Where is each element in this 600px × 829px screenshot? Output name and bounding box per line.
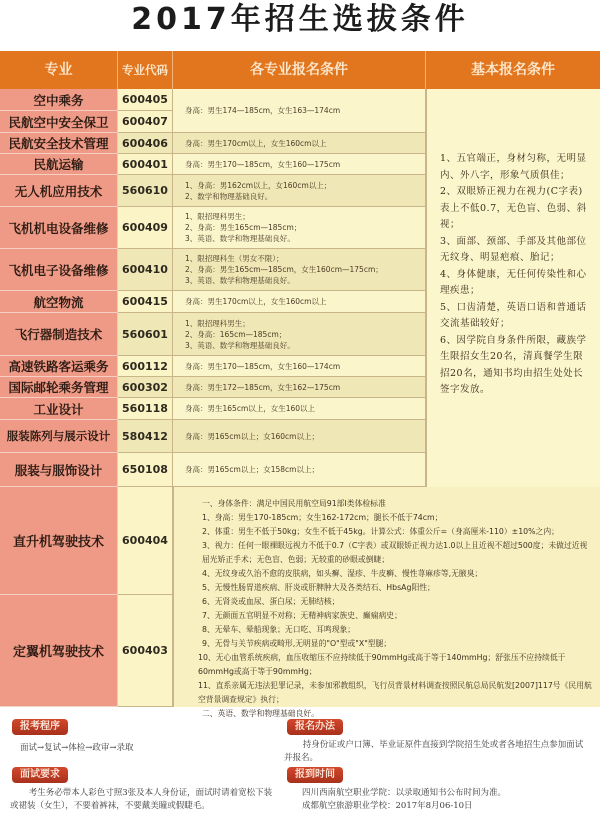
condition-text: 身高：男生165cm以上，女生160以上 [185, 403, 315, 414]
condition-text: 身高：男生174—185cm，女生163—174cm [185, 105, 340, 116]
major-cell: 航空物流 [0, 291, 118, 313]
pilot-condition-item: 11、直系亲属无违法犯罪记录，未参加邪教组织，飞行员背景材料调查按照民航总局民航… [182, 679, 592, 707]
code-cell: 600112 [118, 356, 173, 377]
major-cell: 直升机驾驶技术 [0, 487, 118, 595]
condition-text: 身高：男生170—185cm，女生160—175cm [185, 159, 340, 170]
page-title: 2017年招生选拔条件 [0, 0, 600, 40]
code-cell: 600403 [118, 595, 173, 707]
major-cell: 工业设计 [0, 398, 118, 420]
major-cell: 民航空中安全保卫 [0, 111, 118, 133]
basic-condition-item: 2、双眼矫正视力在视力(C字表)表上不低0.7，无色盲、色弱、斜视； [440, 184, 590, 234]
major-cell: 飞机机电设备维修 [0, 207, 118, 249]
major-cell: 服装与服饰设计 [0, 453, 118, 487]
condition-text: 2、数学和物理基础良好。 [185, 191, 272, 202]
condition-cell: 身高：男165cm以上；女160cm以上； [173, 420, 426, 453]
condition-cell: 身高：男165cm以上；女158cm以上； [173, 453, 426, 487]
code-cell: 600404 [118, 487, 173, 595]
method-text: 持身份证或户口簿、毕业证原件直接到学院招生处或者各地招生点参加面试并报名。 [284, 739, 590, 765]
condition-cell: 1、身高：男162cm以上，女160cm以上； 2、数学和物理基础良好。 [173, 175, 426, 207]
condition-text: 身高：男生170cm以上，女生160cm以上 [185, 138, 327, 149]
condition-text: 1、限招理科生（男女不限）； [185, 253, 284, 264]
header-major: 专业 [0, 51, 118, 89]
code-cell: 600302 [118, 377, 173, 398]
report-text: 四川西南航空职业学院：以录取通知书公布时间为准。 成都航空旅游职业学校：2017… [302, 787, 506, 813]
condition-cell: 1、限招理科生（男女不限）； 2、身高：男生165cm—185cm，女生160c… [173, 249, 426, 291]
condition-cell: 身高：男生165cm以上，女生160以上 [173, 398, 426, 420]
header-code: 专业代码 [118, 51, 173, 89]
section-tag-method: 报名办法 [287, 719, 343, 735]
condition-text: 1、身高：男162cm以上，女160cm以上； [185, 180, 331, 191]
condition-cell: 身高：男生174—185cm，女生163—174cm [173, 89, 426, 133]
basic-condition-item: 1、五官端正，身材匀称，无明显内、外八字，形象气质俱佳； [440, 151, 590, 184]
basic-condition-item: 4、身体健康，无任何传染性和心理疾患； [440, 267, 590, 300]
condition-cell: 身高：男生170—185cm，女生160—175cm [173, 154, 426, 175]
code-cell: 560601 [118, 313, 173, 356]
section-tag-procedure: 报考程序 [12, 719, 68, 735]
condition-cell: 身高：男生170—185cm，女生160—174cm [173, 356, 426, 377]
pilot-condition-item: 9、无骨与关节疾病或畸形,无明显的"O"型或"X"型腿； [182, 637, 592, 651]
pilot-condition-item: 2、体重：男生不低于50kg；女生不低于45kg。计算公式：体重公斤=（身高厘米… [182, 525, 592, 539]
section-tag-interview: 面试要求 [12, 767, 68, 783]
report-line: 成都航空旅游职业学校：2017年8月06-10日 [302, 800, 506, 813]
condition-cell: 身高：男生170cm以上，女生160cm以上 [173, 291, 426, 313]
header-basic-conditions: 基本报名条件 [426, 51, 600, 89]
condition-cell: 1、限招理科男生； 2、身高：男生165cm—185cm； 3、英语、数学和物理… [173, 207, 426, 249]
code-cell: 560610 [118, 175, 173, 207]
condition-text: 3、英语、数学和物理基础良好。 [185, 275, 295, 286]
pilot-condition-item: 4、无纹身或久治不愈的皮肤病，如头癣、湿疹、牛皮癣、慢性荨麻疹等,无腋臭； [182, 567, 592, 581]
condition-text: 身高：男165cm以上；女160cm以上； [185, 431, 319, 442]
condition-cell: 身高：男生170cm以上，女生160cm以上 [173, 133, 426, 154]
pilot-condition-item: 1、身高：男生170-185cm；女生162-172cm；腿长不低于74cm； [182, 511, 592, 525]
basic-condition-item: 5、口齿清楚，英语口语和普通话交流基础较好； [440, 300, 590, 333]
code-cell: 580412 [118, 420, 173, 453]
interview-text: 考生务必带本人彩色寸照3张及本人身份证，面试时请着宽松下装或裙装（女生），不要着… [10, 787, 280, 813]
condition-text: 3、英语、数学和物理基础良好。 [185, 340, 295, 351]
major-cell: 定翼机驾驶技术 [0, 595, 118, 707]
info-sections: 报考程序 面试→复试→体检→政审→录取 面试要求 考生务必带本人彩色寸照3张及本… [0, 717, 600, 829]
section-tag-report: 报到时间 [287, 767, 343, 783]
pilot-conditions: 一、身体条件：满足中国民用航空局91部Ⅰ类体检标准 1、身高：男生170-185… [173, 487, 600, 707]
code-cell: 560118 [118, 398, 173, 420]
major-cell: 空中乘务 [0, 89, 118, 111]
basic-conditions: 1、五官端正，身材匀称，无明显内、外八字，形象气质俱佳； 2、双眼矫正视力在视力… [426, 89, 600, 487]
major-cell: 飞机电子设备维修 [0, 249, 118, 291]
basic-condition-item: 3、面部、颈部、手部及其他部位无纹身、明显疤痕、胎记； [440, 234, 590, 267]
condition-text: 2、身高：男生165cm—185cm，女生160cm—175cm； [185, 264, 383, 275]
major-cell: 高速铁路客运乘务 [0, 356, 118, 377]
code-cell: 600405 [118, 89, 173, 111]
major-cell: 民航运输 [0, 154, 118, 175]
condition-text: 身高：男生170—185cm，女生160—174cm [185, 361, 340, 372]
pilot-condition-item: 8、无晕车、晕船现象；无口吃、耳鸣现象； [182, 623, 592, 637]
major-cell: 民航安全技术管理 [0, 133, 118, 154]
pilot-condition-item: 5、无慢性肠胃道疾病、肝炎或肝脾肿大及各类结石、HbsAg阳性； [182, 581, 592, 595]
code-cell: 650108 [118, 453, 173, 487]
condition-text: 1、限招理科男生； [185, 318, 250, 329]
condition-text: 身高：男生170cm以上，女生160cm以上 [185, 296, 327, 307]
header-major-conditions: 各专业报名条件 [173, 51, 426, 89]
condition-text: 2、身高：男生165cm—185cm； [185, 222, 301, 233]
condition-cell: 1、限招理科男生； 2、身高：165cm—185cm； 3、英语、数学和物理基础… [173, 313, 426, 356]
major-cell: 飞行器制造技术 [0, 313, 118, 356]
code-cell: 600415 [118, 291, 173, 313]
condition-text: 身高：男165cm以上；女158cm以上； [185, 464, 319, 475]
condition-cell: 身高：男生172—185cm，女生162—175cm [173, 377, 426, 398]
condition-text: 身高：男生172—185cm，女生162—175cm [185, 382, 340, 393]
condition-text: 1、限招理科男生； [185, 211, 250, 222]
basic-condition-item: 6、因学院自身条件所限，藏族学生限招女生20名，清真餐学生限招20名，通知书均由… [440, 333, 590, 399]
pilot-condition-item: 10、无心血管系统疾病，血压收缩压不应持续低于90mmHg或高于等于140mmH… [182, 651, 592, 679]
major-cell: 服装陈列与展示设计 [0, 420, 118, 453]
code-cell: 600410 [118, 249, 173, 291]
code-cell: 600401 [118, 154, 173, 175]
pilot-condition-item: 7、无颜面五官明显不对称；无精神病家族史、癫痫病史； [182, 609, 592, 623]
major-cell: 无人机应用技术 [0, 175, 118, 207]
condition-text: 2、身高：165cm—185cm； [185, 329, 286, 340]
pilot-condition-item: 3、视力：任何一眼裸眼远视力不低于0.7（C字表）或双眼矫正视力达1.0以上且近… [182, 539, 592, 567]
code-cell: 600409 [118, 207, 173, 249]
code-cell: 600407 [118, 111, 173, 133]
pilot-condition-item: 6、无肾炎或血尿、蛋白尿；无肺结核； [182, 595, 592, 609]
pilot-condition-intro: 一、身体条件：满足中国民用航空局91部Ⅰ类体检标准 [182, 497, 592, 511]
report-line: 四川西南航空职业学院：以录取通知书公布时间为准。 [302, 787, 506, 800]
condition-text: 3、英语、数学和物理基础良好。 [185, 233, 295, 244]
procedure-text: 面试→复试→体检→政审→录取 [20, 742, 134, 755]
code-cell: 600406 [118, 133, 173, 154]
major-cell: 国际邮轮乘务管理 [0, 377, 118, 398]
